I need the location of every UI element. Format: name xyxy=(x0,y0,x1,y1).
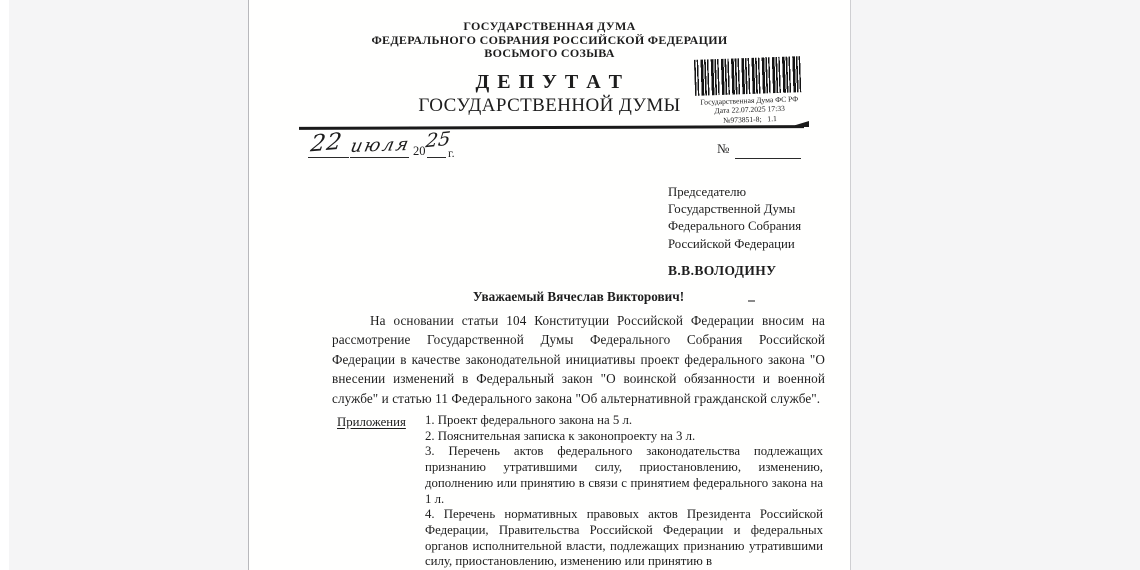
recipient-line: Российской Федерации xyxy=(668,236,801,253)
letterhead-line-1: ГОСУДАРСТВЕННАЯ ДУМА xyxy=(249,20,850,34)
document-number-sign: № xyxy=(717,141,729,157)
left-margin-strip xyxy=(0,0,9,570)
recipient-line: Федерального Собрания xyxy=(668,218,801,235)
date-year-suffix: г. xyxy=(448,146,455,161)
scan-artifact xyxy=(748,300,755,302)
recipient-line: Председателю xyxy=(668,184,801,201)
attachments-list: 1. Проект федерального закона на 5 л. 2.… xyxy=(425,413,823,570)
date-day-handwritten: 22 xyxy=(309,129,344,158)
date-month-handwritten: июля xyxy=(349,134,413,157)
attachment-item: 4. Перечень нормативных правовых актов П… xyxy=(425,507,823,570)
registration-stamp: Государственная Дума ФС РФ Дата 22.07.20… xyxy=(689,56,809,126)
attachment-item: 3. Перечень актов федерального законодат… xyxy=(425,444,823,507)
body-paragraph: На основании статьи 104 Конституции Росс… xyxy=(332,311,825,408)
document-page: ГОСУДАРСТВЕННАЯ ДУМА ФЕДЕРАЛЬНОГО СОБРАН… xyxy=(248,0,851,570)
attachment-item: 2. Пояснительная записка к законопроекту… xyxy=(425,429,823,445)
header-rule xyxy=(299,125,804,130)
letterhead-line-2: ФЕДЕРАЛЬНОГО СОБРАНИЯ РОССИЙСКОЙ ФЕДЕРАЦ… xyxy=(249,34,850,48)
salutation: Уважаемый Вячеслав Викторович! xyxy=(332,289,825,305)
recipient-block: Председателю Государственной Думы Федера… xyxy=(668,184,801,253)
date-month-underline xyxy=(350,157,409,158)
recipient-line: Государственной Думы xyxy=(668,201,801,218)
date-year-underline xyxy=(427,157,446,158)
attachment-item: 1. Проект федерального закона на 5 л. xyxy=(425,413,823,429)
date-day-underline xyxy=(308,157,349,158)
attachments-label: Приложения xyxy=(337,415,406,430)
barcode-icon xyxy=(694,56,803,96)
recipient-name: В.В.ВОЛОДИНУ xyxy=(668,263,776,279)
document-number-blank xyxy=(735,158,801,159)
